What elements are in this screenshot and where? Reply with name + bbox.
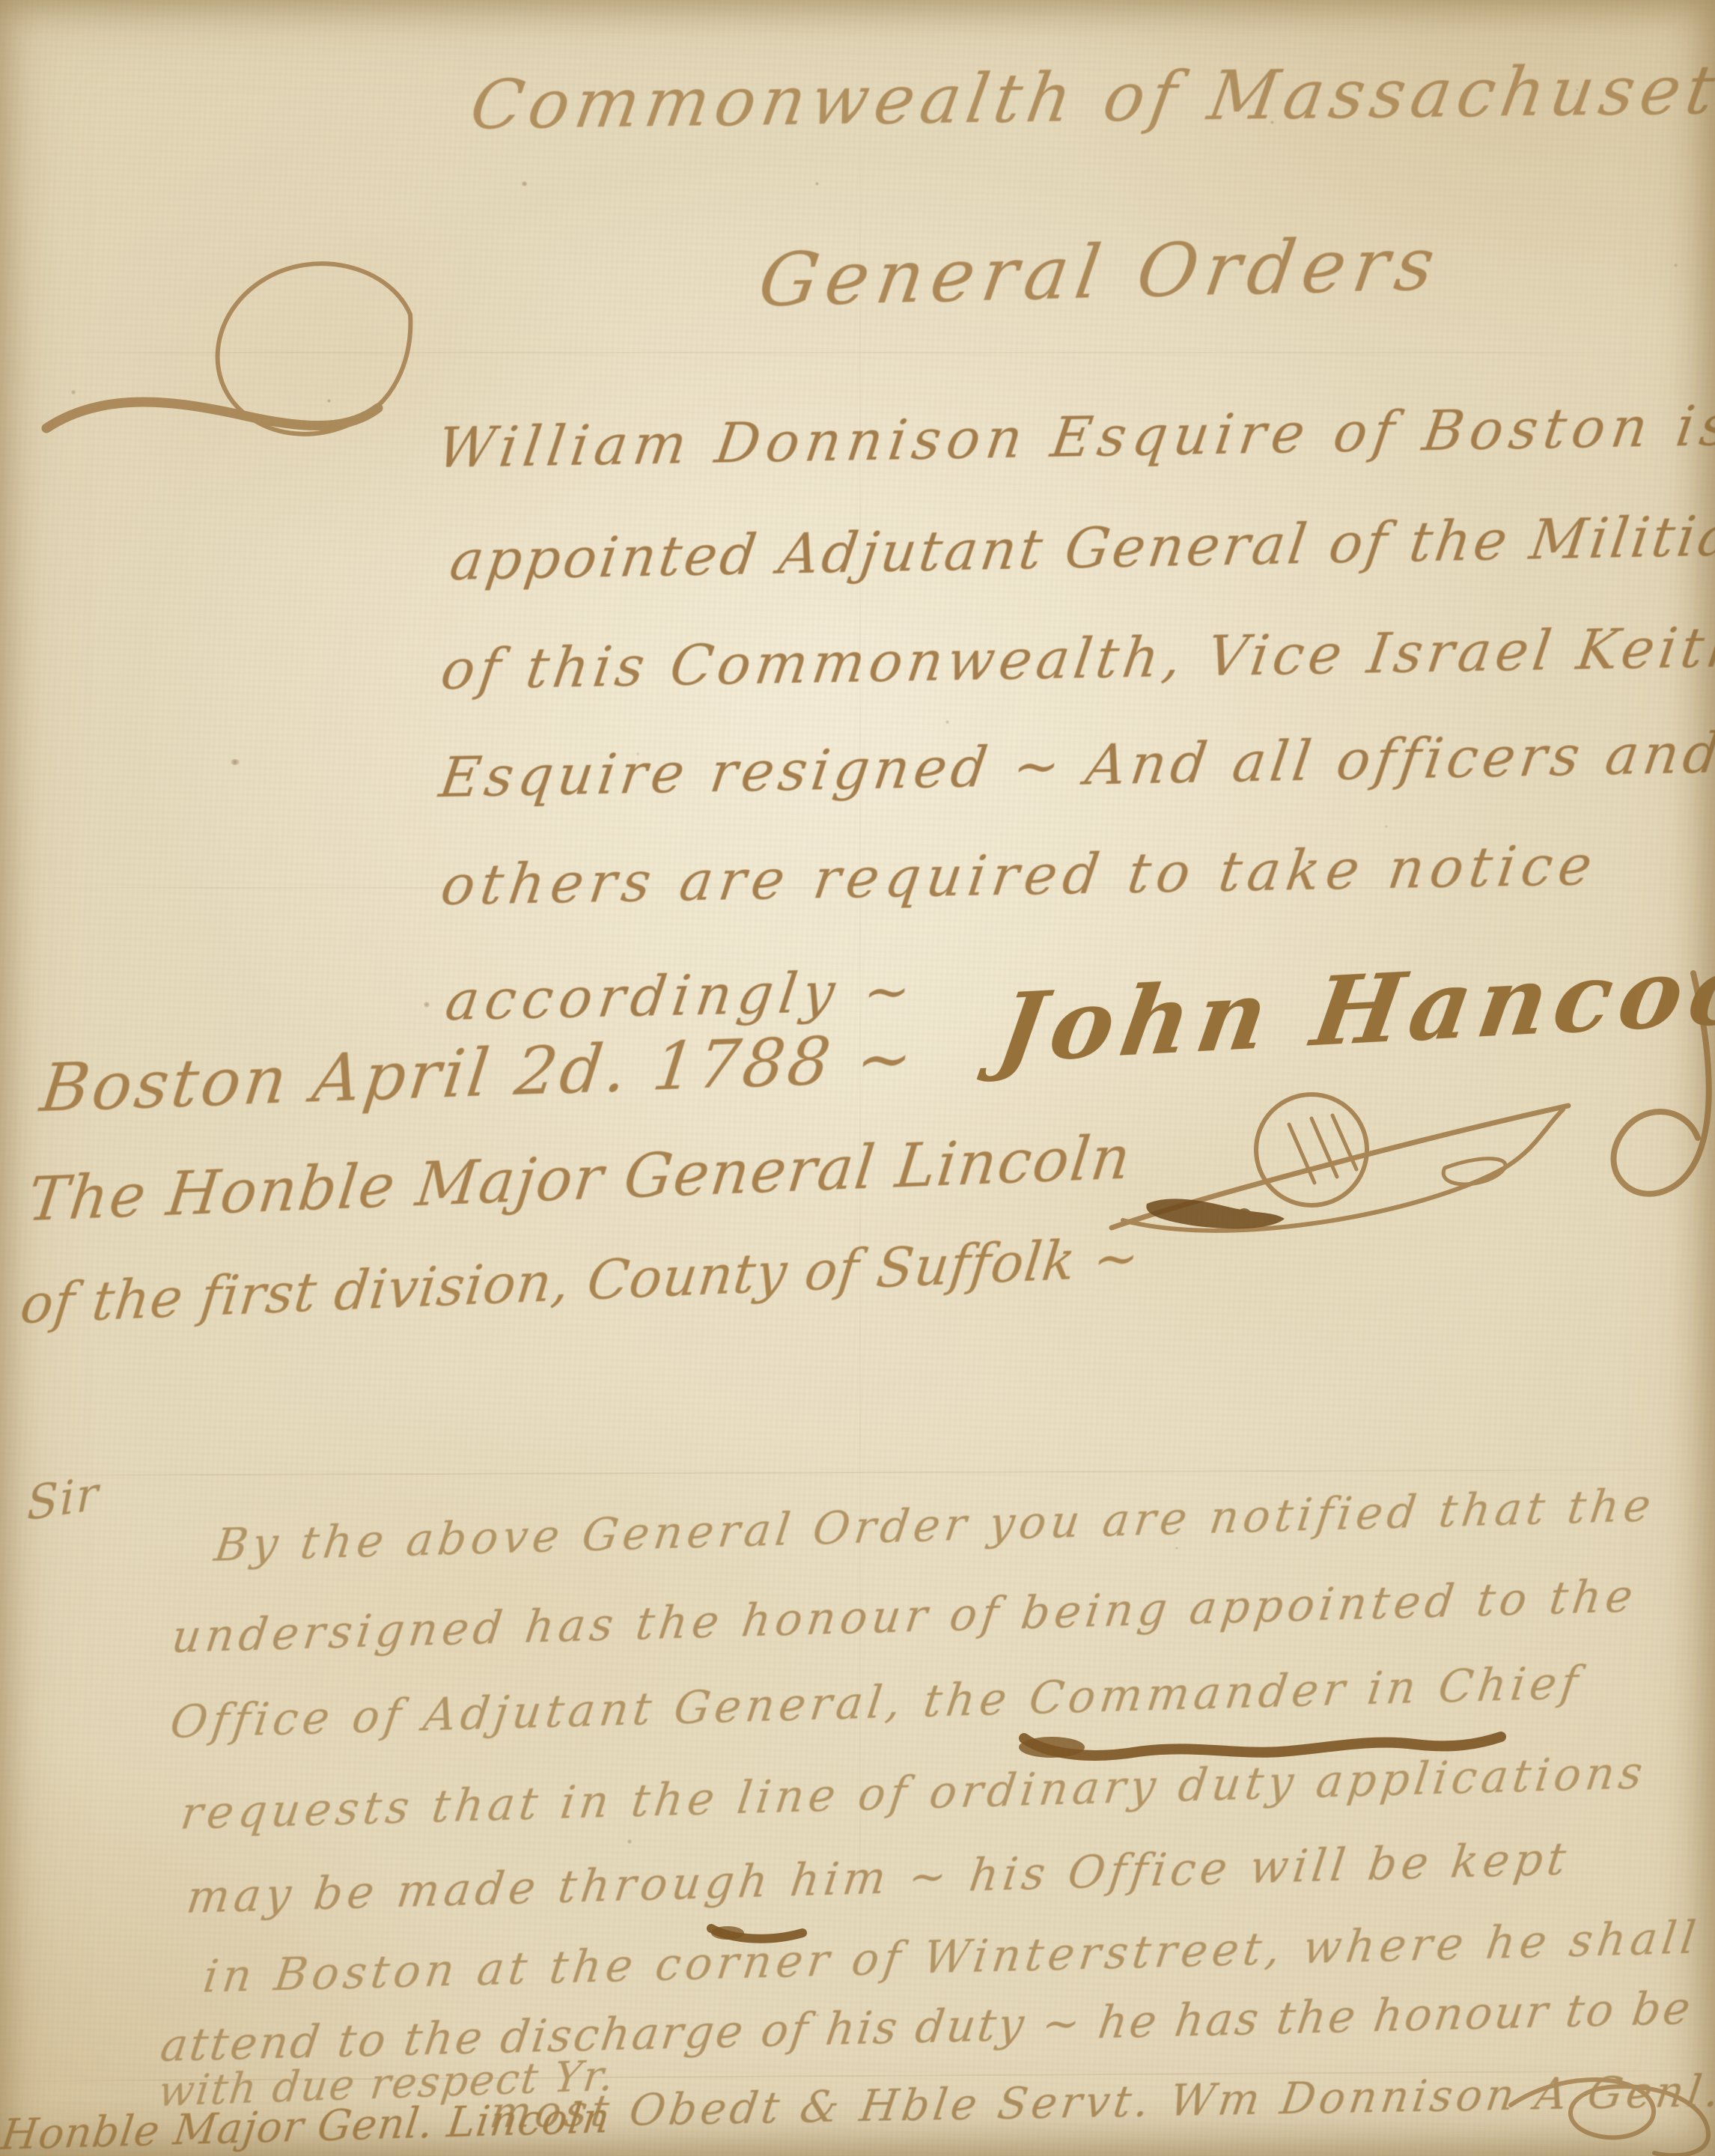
letter-line-2: undersigned has the honour of being appo… xyxy=(168,1570,1640,1663)
order-line-3: of this Commonwealth, Vice Israel Keith xyxy=(437,615,1715,702)
john-hancock-signature: John Hancock xyxy=(990,929,1715,1084)
opening-flourish-swash xyxy=(46,402,378,428)
salutation: Sir xyxy=(26,1466,100,1532)
fold-crease-letter xyxy=(0,1469,1715,1476)
manuscript-page: Commonwealth of Massachusetts General Or… xyxy=(0,0,1715,2156)
order-line-4: Esquire resigned ~ And all officers and xyxy=(436,721,1715,810)
addressee-line-2: of the first division, County of Suffolk… xyxy=(17,1225,1143,1336)
fox-spot xyxy=(945,720,949,724)
letter-line-3: Office of Adjutant General, the Commande… xyxy=(167,1657,1585,1749)
order-line-2: appointed Adjutant General of the Militi… xyxy=(446,504,1715,593)
letter-line-1: By the above General Order you are notif… xyxy=(211,1479,1658,1572)
fox-spot xyxy=(327,399,331,403)
fold-crease-top xyxy=(0,352,1715,353)
addressee-line-1: The Honble Major General Lincoln xyxy=(24,1122,1135,1234)
fox-spot xyxy=(522,181,527,186)
fox-spot xyxy=(1674,264,1678,267)
fox-spot xyxy=(231,759,240,765)
dateline: Boston April 2d. 1788 ~ xyxy=(37,1019,920,1127)
fox-spot xyxy=(1175,1547,1178,1550)
docket: Honble Major Genl. Lincoln xyxy=(0,2094,613,2156)
fox-spot xyxy=(815,182,819,186)
opening-flourish xyxy=(218,264,411,434)
commander-underline-blob xyxy=(1019,1737,1085,1758)
fox-spot xyxy=(627,1839,632,1844)
letter-line-5: may be made through him ~ his Office wil… xyxy=(183,1833,1573,1924)
fox-spot xyxy=(1385,825,1388,828)
closing-right: most Obedt & Hble Servt. Wm Donnison A G… xyxy=(487,2065,1715,2138)
fox-spot xyxy=(424,1002,430,1008)
order-line-5: others are required to take notice xyxy=(437,833,1602,918)
order-line-1: William Donnison Esquire of Boston is xyxy=(433,394,1715,481)
heading-general-orders: General Orders xyxy=(753,222,1447,324)
fox-spot xyxy=(1675,1114,1678,1117)
signature-ink-blot xyxy=(1146,1199,1285,1228)
fox-spot xyxy=(71,390,76,395)
letter-line-4: requests that in the line of ordinary du… xyxy=(177,1747,1650,1840)
heading-commonwealth: Commonwealth of Massachusetts xyxy=(465,49,1715,144)
